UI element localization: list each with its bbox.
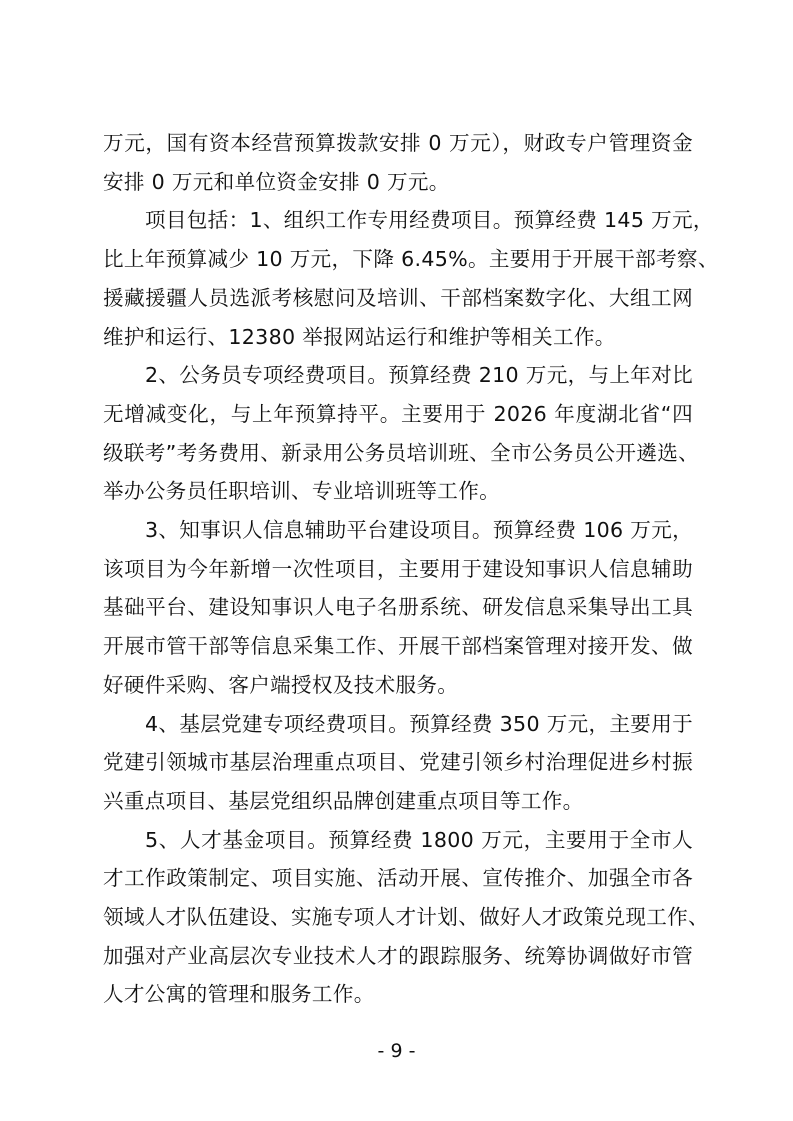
paragraph-item-4: 4、基层党建专项经费项目。预算经费 350 万元，主要用于 党建引领城市基层治理…: [103, 705, 693, 821]
paragraph-item-2: 2、公务员专项经费项目。预算经费 210 万元，与上年对比 无增减变化，与上年预…: [103, 356, 693, 511]
page-number: - 9 -: [0, 1040, 793, 1062]
text-line: 2、公务员专项经费项目。预算经费 210 万元，与上年对比: [103, 356, 693, 395]
text-line: 援藏援疆人员选派考核慰问及培训、干部档案数字化、大组工网: [103, 279, 693, 318]
text-line: 好硬件采购、客户端授权及技术服务。: [103, 666, 693, 705]
paragraph-continuation: 万元，国有资本经营预算拨款安排 0 万元），财政专户管理资金 安排 0 万元和单…: [103, 124, 693, 201]
text-line: 级联考”考务费用、新录用公务员培训班、全市公务员公开遴选、: [103, 434, 693, 473]
text-line: 项目包括：1、组织工作专用经费项目。预算经费 145 万元，: [103, 201, 693, 240]
text-line: 万元，国有资本经营预算拨款安排 0 万元），财政专户管理资金: [103, 124, 693, 163]
body-text: 万元，国有资本经营预算拨款安排 0 万元），财政专户管理资金 安排 0 万元和单…: [103, 124, 693, 1014]
paragraph-item-1: 项目包括：1、组织工作专用经费项目。预算经费 145 万元， 比上年预算减少 1…: [103, 201, 693, 356]
text-line: 4、基层党建专项经费项目。预算经费 350 万元，主要用于: [103, 705, 693, 744]
text-line: 5、人才基金项目。预算经费 1800 万元，主要用于全市人: [103, 821, 693, 860]
text-line: 无增减变化，与上年预算持平。主要用于 2026 年度湖北省“四: [103, 395, 693, 434]
paragraph-item-5: 5、人才基金项目。预算经费 1800 万元，主要用于全市人 才工作政策制定、项目…: [103, 821, 693, 1015]
text-line: 基础平台、建设知事识人电子名册系统、研发信息采集导出工具: [103, 588, 693, 627]
text-line: 兴重点项目、基层党组织品牌创建重点项目等工作。: [103, 782, 693, 821]
text-line: 安排 0 万元和单位资金安排 0 万元。: [103, 163, 693, 202]
text-line: 人才公寓的管理和服务工作。: [103, 975, 693, 1014]
text-line: 维护和运行、12380 举报网站运行和维护等相关工作。: [103, 318, 693, 357]
text-line: 领域人才队伍建设、实施专项人才计划、做好人才政策兑现工作、: [103, 898, 693, 937]
text-line: 才工作政策制定、项目实施、活动开展、宣传推介、加强全市各: [103, 859, 693, 898]
text-line: 开展市管干部等信息采集工作、开展干部档案管理对接开发、做: [103, 627, 693, 666]
text-line: 该项目为今年新增一次性项目，主要用于建设知事识人信息辅助: [103, 550, 693, 589]
text-line: 党建引领城市基层治理重点项目、党建引领乡村治理促进乡村振: [103, 743, 693, 782]
text-line: 3、知事识人信息辅助平台建设项目。预算经费 106 万元，: [103, 511, 693, 550]
text-line: 加强对产业高层次专业技术人才的跟踪服务、统筹协调做好市管: [103, 937, 693, 976]
paragraph-item-3: 3、知事识人信息辅助平台建设项目。预算经费 106 万元， 该项目为今年新增一次…: [103, 511, 693, 705]
text-line: 比上年预算减少 10 万元，下降 6.45%。主要用于开展干部考察、: [103, 240, 693, 279]
document-page: 万元，国有资本经营预算拨款安排 0 万元），财政专户管理资金 安排 0 万元和单…: [0, 0, 793, 1121]
text-line: 举办公务员任职培训、专业培训班等工作。: [103, 472, 693, 511]
